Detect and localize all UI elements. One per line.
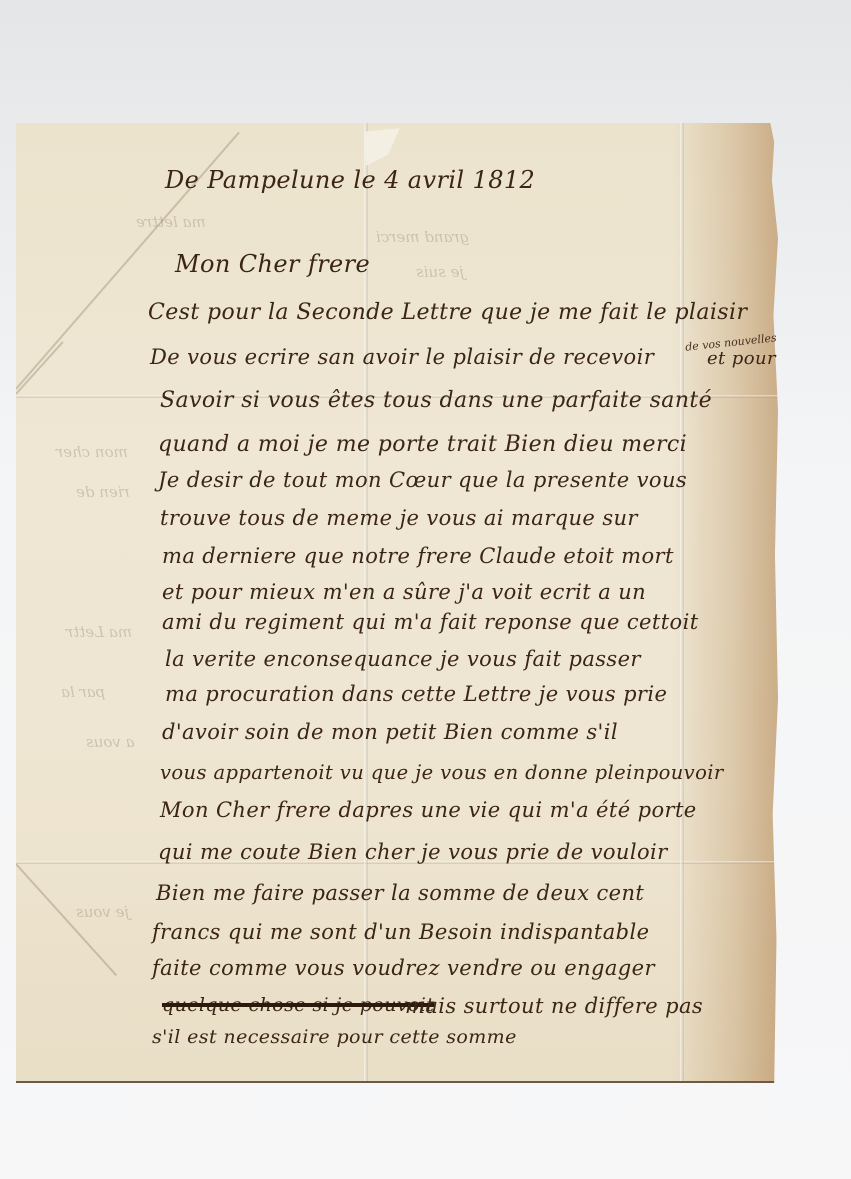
- struck-through-text: quelque chose si je pouvoit: [162, 996, 434, 1015]
- letter-line: mais surtout ne differe pas: [405, 996, 703, 1017]
- letter-line: Cest pour la Seconde Lettre que je me fa…: [148, 302, 747, 324]
- letter-body: De Pampelune le 4 avril 1812 Mon Cher fr…: [0, 0, 851, 1179]
- letter-line: la verite enconsequance je vous fait pas…: [165, 649, 641, 670]
- letter-line: ma procuration dans cette Lettre je vous…: [165, 684, 667, 705]
- letter-line: quand a moi je me porte trait Bien dieu …: [158, 434, 687, 456]
- letter-line: ma derniere que notre frere Claude etoit…: [162, 546, 674, 567]
- letter-line: faite comme vous voudrez vendre ou engag…: [152, 958, 655, 979]
- letter-line-tail: et pour: [707, 350, 776, 368]
- letter-line: vous appartenoit vu que je vous en donne…: [160, 763, 724, 783]
- letter-line: qui me coute Bien cher je vous prie de v…: [158, 842, 668, 863]
- letter-line: De vous ecrire san avoir le plaisir de r…: [150, 347, 654, 368]
- letter-line: francs qui me sont d'un Besoin indispant…: [152, 922, 649, 943]
- letter-line: s'il est necessaire pour cette somme: [152, 1028, 517, 1047]
- letter-line: d'avoir soin de mon petit Bien comme s'i…: [162, 722, 618, 743]
- letter-line: trouve tous de meme je vous ai marque su…: [160, 508, 638, 529]
- letter-salutation: Mon Cher frere: [175, 252, 370, 276]
- letter-line: Bien me faire passer la somme de deux ce…: [156, 883, 644, 904]
- letter-line: et pour mieux m'en a sûre j'a voit ecrit…: [162, 582, 646, 603]
- letter-line: ami du regiment qui m'a fait reponse que…: [162, 612, 699, 633]
- letter-line: Savoir si vous êtes tous dans une parfai…: [160, 390, 712, 412]
- letter-line: Mon Cher frere dapres une vie qui m'a ét…: [160, 800, 697, 821]
- letter-dateline: De Pampelune le 4 avril 1812: [165, 168, 535, 192]
- letter-line: Je desir de tout mon Cœur que la present…: [158, 470, 687, 491]
